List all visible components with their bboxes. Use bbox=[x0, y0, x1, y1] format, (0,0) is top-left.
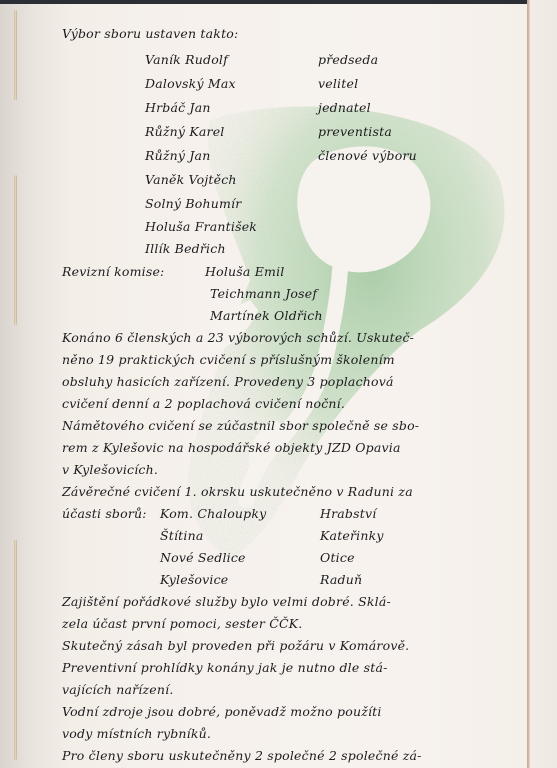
closing-line: Zajištění pořádkové služby bylo velmi do… bbox=[62, 594, 391, 609]
paragraph-line: v Kylešovicích. bbox=[62, 462, 158, 477]
paragraph-line: cvičení denní a 2 poplachová cvičení noč… bbox=[62, 396, 345, 411]
member-name: Vaník Rudolf bbox=[145, 52, 228, 67]
member-role: velitel bbox=[318, 76, 358, 91]
paragraph-line: Námětového cvičení se zúčastnil sbor spo… bbox=[62, 418, 419, 433]
unit-left: Štítina bbox=[160, 528, 204, 543]
paragraph-line: Závěrečné cvičení 1. okrsku uskutečněno … bbox=[62, 484, 413, 499]
unit-left: Kom. Chaloupky bbox=[160, 506, 266, 521]
member-role: předseda bbox=[318, 52, 378, 67]
closing-line: zela účast první pomoci, sester ČČK. bbox=[62, 616, 302, 631]
member-name: Holuša František bbox=[145, 219, 257, 234]
member-name: Illík Bedřich bbox=[145, 241, 226, 256]
unit-left: Nové Sedlice bbox=[160, 550, 246, 565]
unit-right: Otice bbox=[320, 550, 355, 565]
paragraph-line: účasti sborů: bbox=[62, 506, 147, 521]
unit-right: Raduň bbox=[320, 572, 362, 587]
paragraph-line: rem z Kylešovic na hospodářské objekty J… bbox=[62, 440, 401, 455]
paragraph-line: obsluhy hasicích zařízení. Provedeny 3 p… bbox=[62, 374, 394, 389]
closing-line: Preventivní prohlídky konány jak je nutn… bbox=[62, 660, 388, 675]
unit-left: Kylešovice bbox=[160, 572, 228, 587]
member-name: Solný Bohumír bbox=[145, 196, 241, 211]
member-name: Růžný Karel bbox=[145, 124, 225, 139]
closing-line: vajících nařízení. bbox=[62, 682, 174, 697]
closing-line: Pro členy sboru uskutečněny 2 společné 2… bbox=[62, 748, 422, 763]
closing-line: Vodní zdroje jsou dobré, poněvadž možno … bbox=[62, 704, 382, 719]
member-name: Růžný Jan bbox=[145, 148, 210, 163]
paragraph-line: něno 19 praktických cvičení s příslušným… bbox=[62, 352, 395, 367]
member-role: členové výboru bbox=[318, 148, 417, 163]
audit-member: Teichmann Josef bbox=[210, 286, 317, 301]
member-role: preventista bbox=[318, 124, 392, 139]
audit-member: Holuša Emil bbox=[205, 264, 285, 279]
closing-line: vody místních rybníků. bbox=[62, 726, 211, 741]
handwritten-text: Výbor sboru ustaven takto: Vaník Rudolf … bbox=[0, 0, 557, 768]
member-name: Dalovský Max bbox=[145, 76, 236, 91]
unit-right: Hrabství bbox=[320, 506, 376, 521]
closing-line: Skutečný zásah byl proveden při požáru v… bbox=[62, 638, 409, 653]
paragraph-line: Konáno 6 členských a 23 výborových schůz… bbox=[62, 330, 414, 345]
audit-label: Revizní komise: bbox=[62, 264, 164, 279]
member-name: Hrbáč Jan bbox=[145, 100, 211, 115]
unit-right: Kateřinky bbox=[320, 528, 384, 543]
committee-heading: Výbor sboru ustaven takto: bbox=[62, 26, 238, 41]
member-name: Vaněk Vojtěch bbox=[145, 172, 237, 187]
audit-member: Martínek Oldřich bbox=[210, 308, 323, 323]
member-role: jednatel bbox=[318, 100, 371, 115]
